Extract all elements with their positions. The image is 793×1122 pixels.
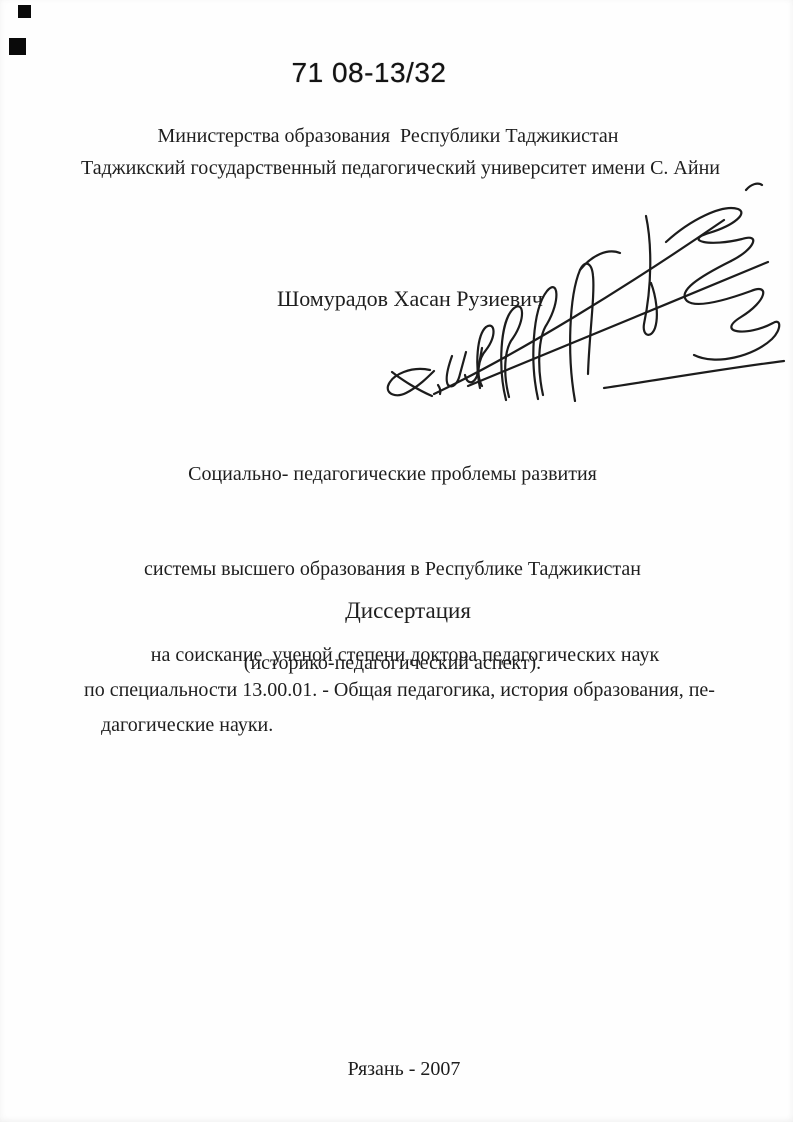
scan-mark-icon: [9, 38, 26, 55]
title-line-2: системы высшего образования в Республике…: [0, 554, 785, 586]
degree-line-2: по специальности 13.00.01. - Общая педаг…: [84, 679, 715, 702]
signature-icon: [368, 178, 792, 402]
degree-line-3: дагогические науки.: [101, 714, 273, 737]
document-type-heading: Диссертация: [23, 598, 793, 624]
dissertation-title-page: 71 08-13/32 Министерства образования Рес…: [0, 0, 793, 1122]
title-line-1: Социально- педагогические проблемы разви…: [0, 459, 785, 491]
university-line: Таджикский государственный педагогически…: [8, 157, 793, 180]
catalog-stamp: 71 08-13/32: [0, 57, 738, 89]
ministry-line: Министерства образования Республики Тадж…: [0, 125, 776, 148]
scan-mark-icon: [18, 5, 31, 18]
degree-line-1: на соискание ученой степени доктора педа…: [17, 644, 793, 667]
city-year-footer: Рязань - 2007: [15, 1058, 793, 1081]
